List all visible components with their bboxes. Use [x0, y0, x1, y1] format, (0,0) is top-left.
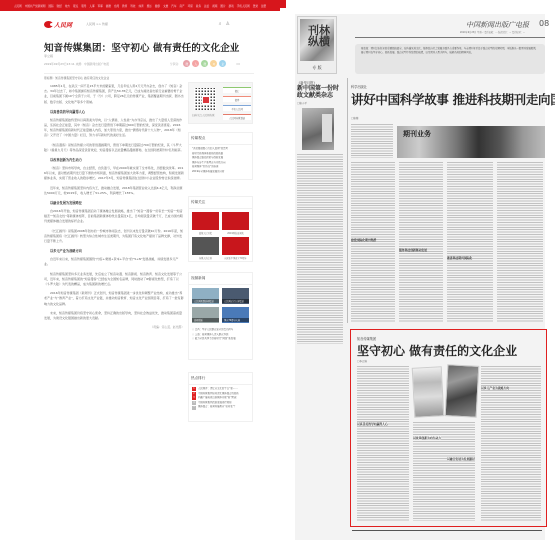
- opinion-link[interactable]: 2019年全媒体传播发展的分析: [192, 170, 249, 175]
- highlighted-story-box[interactable]: 知音传媒集团 坚守初心 做有责任的文化企业 □李立娟 以真善美的导向赢得人心 以…: [350, 329, 547, 527]
- focus-thumbnail[interactable]: 致敬人民日报: [192, 212, 219, 230]
- panel-title: 传媒关注: [189, 197, 252, 209]
- follow-button[interactable]: 微信: [223, 87, 251, 93]
- newspaper-name: 中国新闻出版广电报: [466, 20, 529, 30]
- image-caption: 期刊业务: [403, 130, 431, 138]
- share-bar: 分享到： 微人微Q企▭: [170, 60, 240, 67]
- magazine-cover-image: [412, 366, 445, 418]
- paragraph: 《长江画刊》是集团2008年创办的一份城市休闲杂志，创刊以来发行量突破10万份。…: [44, 229, 184, 245]
- top-nav-link[interactable]: 体育: [139, 4, 144, 8]
- top-nav-link[interactable]: 文旅: [163, 4, 168, 8]
- logo-text: 人民网: [54, 20, 72, 29]
- video-caption: 人民网记者专访报道: [222, 299, 249, 303]
- paragraph: 知音传媒集团坚持多元业务发展，先后成立了知音动漫、知音影视、知音教育、知音文化发…: [44, 272, 184, 288]
- share-renmin-button[interactable]: 人: [192, 60, 199, 67]
- top-nav-link[interactable]: 法治: [204, 4, 209, 8]
- story-headline: 讲好中国科学故事 推进科技期刊走向国际: [351, 90, 555, 108]
- focus-thumbnail[interactable]: 传媒人的信仰: [192, 237, 219, 255]
- column-divider: [347, 78, 348, 323]
- top-nav-link[interactable]: 科技: [130, 4, 135, 8]
- article-body: 1985年1月，在武汉一间不足15平方米的陋室里，几名年轻人用2万元开办杂志，创…: [44, 84, 184, 335]
- top-nav-link[interactable]: 地方: [65, 4, 70, 8]
- divider: [44, 73, 254, 74]
- article-meta: 2019年09月23日13:11 来源：中国新闻出版广电报: [44, 62, 109, 66]
- logo-icon: [44, 21, 53, 28]
- story-subhead: 以真善美的导向赢得人心: [357, 422, 388, 426]
- story-headline: 坚守初心 做有责任的文化企业: [357, 342, 517, 359]
- thumbnail-caption: 庆祝新中国成立70周年: [222, 256, 249, 260]
- paragraph: 知音传媒集团始终坚持以真善美为导向，以“人情美、人性美”为办刊宗旨，推出了大量感…: [44, 118, 184, 139]
- top-nav-link[interactable]: 游戏: [229, 4, 234, 8]
- video-caption: 新闻直播: [192, 318, 219, 322]
- story-text: [447, 162, 493, 322]
- section-heading: 以真善美的导向赢得人心: [50, 109, 184, 114]
- story-subhead: 推进科技期刊国际化: [447, 256, 472, 260]
- panel-media-opinion: 传媒观点 “我们要凝聚有力的人民网”的思考新时代新媒体新格局的创新路媒体融合路径…: [188, 132, 253, 180]
- rank-badge: 5: [192, 406, 196, 410]
- thumbnail-caption: 传媒人的信仰: [192, 256, 219, 260]
- top-nav-link[interactable]: 娱乐: [147, 4, 152, 8]
- video-thumbnail[interactable]: 国庆70周年庆典: [222, 307, 249, 323]
- video-thumbnail[interactable]: 人民网记者专访报道: [222, 288, 249, 304]
- site-logo[interactable]: 人民网: [44, 20, 72, 29]
- top-nav-link[interactable]: 国际: [48, 4, 53, 8]
- user-icon[interactable]: ♙: [226, 21, 230, 27]
- paragraph: 未来，知音传媒集团仍将坚守初心使命，坚持正确的出版导向，坚持社会效益优先，推动集…: [44, 311, 184, 321]
- story-byline: □陈珊: [351, 116, 358, 120]
- share-wechat-button[interactable]: 微: [201, 60, 208, 67]
- top-nav-link[interactable]: 汽车: [171, 4, 176, 8]
- follow-button[interactable]: 微博: [223, 96, 251, 102]
- section-heading: 以多元产业为战略方向: [50, 248, 184, 253]
- search-icon[interactable]: ⌕: [219, 21, 222, 27]
- paragraph: 《知音漫客》是知音传媒公司的原创漫画期刊，曾创下单期发行量超过700万册的纪录，…: [44, 143, 184, 153]
- top-nav-link[interactable]: 视频: [212, 4, 217, 8]
- video-caption: 国庆70周年庆典: [222, 318, 249, 322]
- top-nav-link[interactable]: 领导: [81, 4, 86, 8]
- story-headline: 新中国第一份时政文献类杂志: [297, 85, 343, 99]
- follow-button[interactable]: 人民网传媒频道: [223, 114, 251, 120]
- top-nav-link[interactable]: 财经: [57, 4, 62, 8]
- hot-item-text: 媒体融合：新闻传播教育“如何变”？: [198, 405, 236, 410]
- top-nav-link[interactable]: 人事: [89, 4, 94, 8]
- share-qq-button[interactable]: 企: [219, 60, 226, 67]
- top-nav-link[interactable]: 观点: [73, 4, 78, 8]
- story-subhead: 以融合发展为发展路径: [447, 457, 475, 461]
- divider: [352, 530, 542, 531]
- story-text: [399, 162, 443, 322]
- web-article-pane: 人民网中国共产党新闻网国际财经地方观点领导人事军事港澳台湾教育科技体育娱乐健康文…: [0, 0, 280, 556]
- red-bar-edge: [280, 0, 286, 8]
- story-byline: □陈小平: [297, 101, 343, 105]
- paragraph: 2016年知音传媒集团《新周刊》正式创刊，知音传媒集团进一步优化和调整产业结构，…: [44, 291, 184, 307]
- focus-thumbnail[interactable]: 2019国际新闻奖: [222, 212, 249, 230]
- panel-title: 传媒观点: [189, 133, 252, 145]
- story-kicker: 科学出版社: [351, 84, 367, 89]
- video-caption: 人民网视频新闻报道: [192, 299, 219, 303]
- breadcrumb[interactable]: 人民网 >> 传媒: [86, 22, 108, 26]
- top-nav-link[interactable]: 健康: [155, 4, 160, 8]
- top-nav-link[interactable]: 军事: [98, 4, 103, 8]
- journals-photo: 期刊业务: [397, 126, 545, 158]
- video-thumbnail[interactable]: 新闻直播: [192, 307, 219, 323]
- top-nav-link[interactable]: 台湾: [114, 4, 119, 8]
- hot-item[interactable]: 5媒体融合：新闻传播教育“如何变”？: [192, 405, 249, 410]
- article-lead: 原标题：知音传媒集团坚守初心 做有责任的文化企业: [44, 76, 109, 80]
- qr-code: [194, 88, 216, 110]
- site-header: 人民网 人民网 >> 传媒 ⌕ ♙: [44, 17, 280, 31]
- thumbnail-caption: 致敬人民日报: [192, 231, 219, 235]
- divider: [355, 37, 545, 38]
- focus-thumbnail[interactable]: 庆祝新中国成立70周年: [222, 237, 249, 255]
- masthead-sub: 专 版: [298, 65, 336, 71]
- video-thumbnail[interactable]: 人民网视频新闻报道: [192, 288, 219, 304]
- story-kicker: 知音传媒集团: [357, 336, 376, 341]
- top-nav-link[interactable]: 房产: [179, 4, 184, 8]
- story-text: [497, 162, 543, 322]
- top-nav-link[interactable]: 图片: [220, 4, 225, 8]
- top-nav-link[interactable]: 港澳: [106, 4, 111, 8]
- top-nav-link[interactable]: 注册: [261, 4, 266, 8]
- editor-note: 编者按：期刊是出版业的重要组成部分，在传播先进文化、服务经济社会发展方面具有重要…: [355, 44, 545, 74]
- story-text: [351, 124, 393, 158]
- qr-follow-box: 扫码关注人民网传媒 微信微博手机人民网人民网传媒频道: [188, 82, 253, 124]
- editor-credit: （责编：宋心蕊、赵光霞）: [44, 325, 184, 330]
- thumbnail-caption: 2019国际新闻奖: [222, 231, 249, 235]
- paragraph: 自2016年开始，知音传媒集团启动了媒体融合发展战略，推出了“知音”“漫客”“好…: [44, 209, 184, 225]
- share-weibo-button[interactable]: 微: [183, 60, 190, 67]
- story-text: [297, 154, 343, 344]
- story-subhead: 服务科技创新驱动发展: [399, 248, 427, 252]
- top-nav-link[interactable]: 教育: [122, 4, 127, 8]
- paragraph: 《知音》坚持市场导向，自主经营，自负盈亏，早在2000年就实现了全市场化，历经数…: [44, 166, 184, 182]
- panel-title: 热点排行: [189, 373, 252, 385]
- panel-video-news: 视频新闻 人民网视频新闻报道人民网记者专访报道新闻直播国庆70周年庆典 江西：坚…: [188, 272, 253, 360]
- article-title: 知音传媒集团：坚守初心 做有责任的文化企业: [44, 40, 239, 54]
- story-byline: □李立娟: [357, 359, 367, 363]
- story-subhead: 以多元产业为战略方向: [481, 386, 509, 390]
- panel-hot-ranking: 热点排行 1人民网评：请让从文化的平台“更……2中国传媒集团如何深化媒体融合的创…: [188, 372, 253, 422]
- magazine-cover-image: [445, 364, 480, 418]
- story-xinhua-monthly: 《新华月报》 新中国第一份时政文献类杂志 □陈小平: [297, 80, 343, 344]
- story-text: [357, 366, 409, 521]
- newspaper-meta: 2019年9月23日 星期一 责任编辑：… 版式设计：… 责任校对：…: [460, 30, 525, 34]
- expand-icon[interactable]: ▭: [236, 61, 240, 66]
- masthead-title: 刊林纵横: [308, 25, 334, 47]
- panel-title: 视频新闻: [189, 273, 252, 285]
- top-nav-link[interactable]: 登录: [253, 4, 258, 8]
- top-nav-link[interactable]: 政务: [196, 4, 201, 8]
- column-masthead: 刊林纵横 专 版: [297, 16, 337, 74]
- section-heading: 以融合发展为发展路径: [50, 200, 184, 205]
- section-heading: 以改革创新为内生动力: [50, 157, 184, 162]
- top-nav-link[interactable]: 中国共产党新闻网: [25, 4, 46, 8]
- story-subhead: 建设国际化期刊集群: [351, 238, 376, 242]
- share-label: 分享到：: [170, 62, 180, 66]
- video-link[interactable]: 致力全民共享美好新时代“网络”新发展: [192, 337, 249, 342]
- qr-caption: 扫码关注人民网传媒: [192, 113, 215, 117]
- follow-button[interactable]: 手机人民网: [223, 105, 251, 111]
- paragraph: 近年来，知音传媒集团坚持内容为王，推动融合发展，2018年集团营业收入达到4.4…: [44, 186, 184, 196]
- story-subhead: 以改革创新为内生动力: [413, 436, 441, 440]
- paragraph: 自近年来以来，知音传媒集团围绕“内容+渠道+资本+平台”的“5+N”发展战略，持…: [44, 257, 184, 267]
- page-number: 08: [539, 19, 549, 28]
- article-author: 李立娟: [44, 54, 53, 58]
- top-nav-link[interactable]: 人民网: [14, 4, 22, 8]
- panel-media-focus: 传媒关注 致敬人民日报2019国际新闻奖传媒人的信仰庆祝新中国成立70周年: [188, 196, 253, 262]
- magazine-cover-image: [302, 108, 334, 150]
- top-nav-link[interactable]: 手机人民网: [237, 4, 250, 8]
- story-text: [351, 162, 395, 322]
- share-qzone-button[interactable]: Q: [210, 60, 217, 67]
- paragraph: 1985年1月，在武汉一间不足15平方米的陋室里，几名年轻人用2万元开办杂志，创…: [44, 84, 184, 105]
- top-nav-link[interactable]: 环保: [188, 4, 193, 8]
- top-nav-bar: 人民网中国共产党新闻网国际财经地方观点领导人事军事港澳台湾教育科技体育娱乐健康文…: [0, 0, 280, 11]
